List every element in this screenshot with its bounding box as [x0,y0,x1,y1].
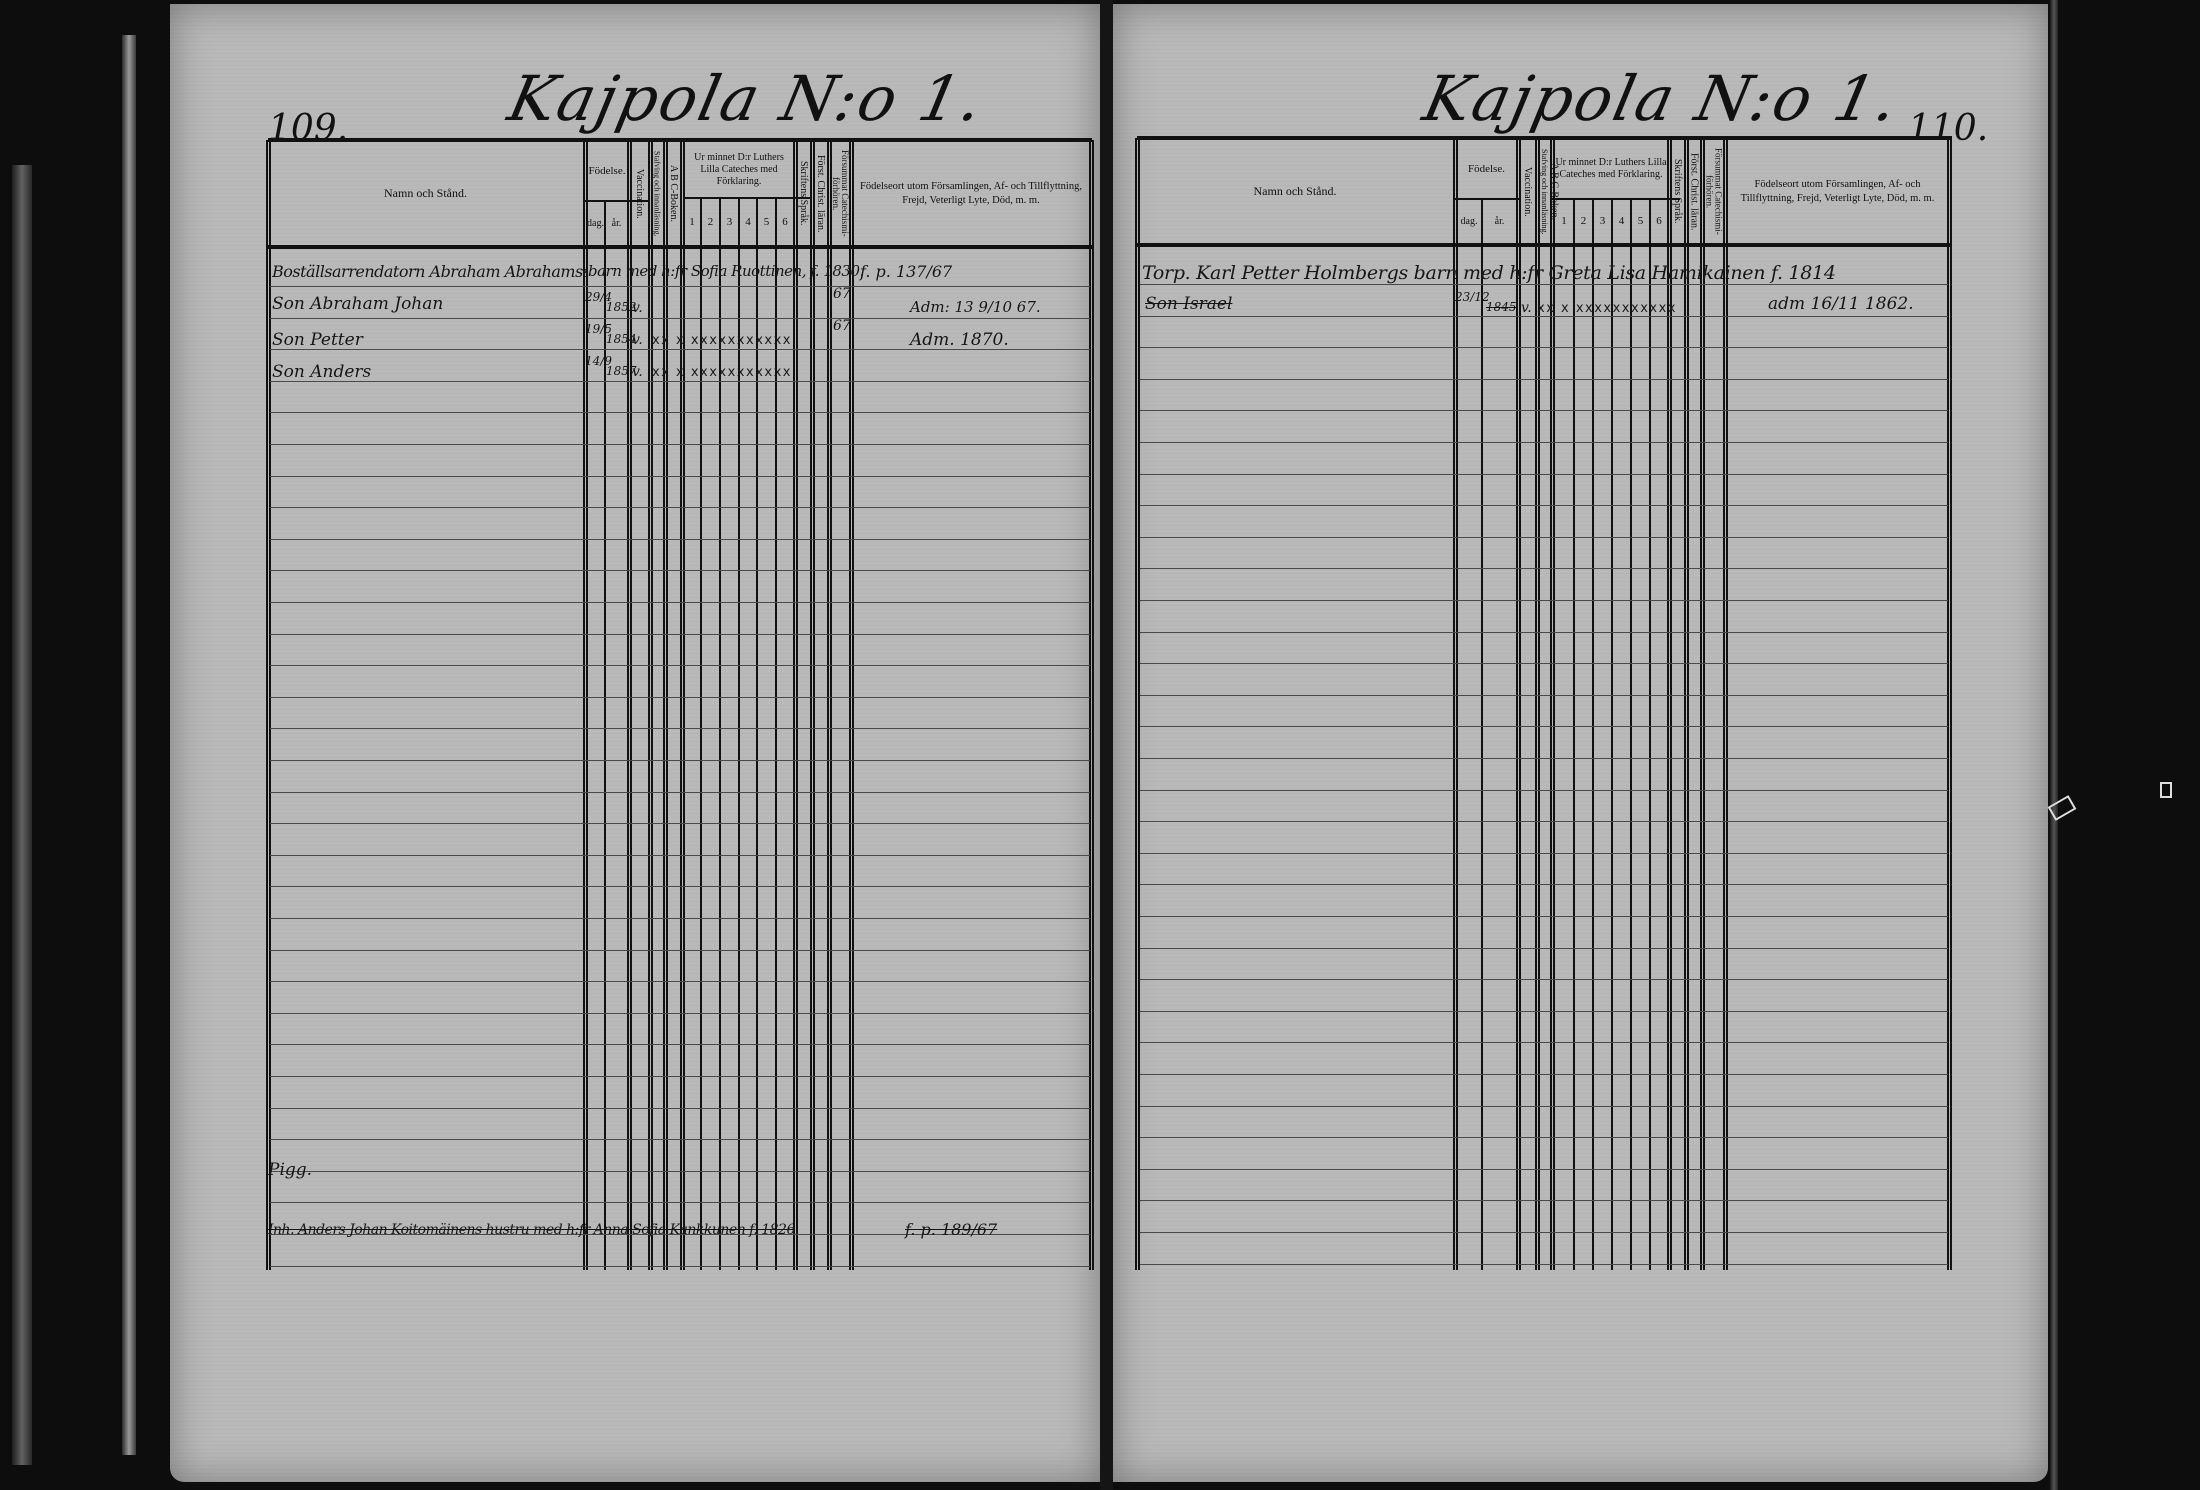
ruled-line [1140,1169,1948,1170]
ruled-line [270,697,1090,698]
ruled-line [1140,568,1948,569]
header-forsummat: Försummat Catechismi-förhören. [1704,140,1723,243]
header-fodelse: Födelse. [587,142,627,200]
ruled-line [1140,758,1948,759]
ruled-line [1140,410,1948,411]
ruled-line [270,1013,1090,1014]
ruled-line [1140,948,1948,949]
entry-extra: 67. [833,286,855,302]
ruled-line [1140,663,1948,664]
entry-name: Son Israel [1145,294,1232,314]
tape-mark [2160,782,2172,798]
header-luther-col-1: 1 [1555,200,1573,243]
header-namn-och-stand: Namn och Stånd. [268,142,583,245]
entry-remark: Adm: 13 9/10 67. [910,298,1041,316]
ruled-line [1140,632,1948,633]
header-skriftens-sprak: Skriftens Språk. [1671,140,1684,243]
ruled-line [270,823,1090,824]
entry-birth-year: 1845 [1486,300,1517,314]
ruled-line [1140,790,1948,791]
book-edge-strip [12,165,32,1465]
entry-remark: adm 16/11 1862. [1768,294,1914,314]
ruled-line [1140,979,1948,980]
ruled-line [1140,379,1948,380]
ruled-line [1140,1232,1948,1233]
footer-entry-remark: f. p. 189/67 [905,1220,997,1239]
ruled-line [1140,347,1948,348]
header-fodelseort: Födelseort utom Församlingen, Af- och Ti… [855,142,1087,245]
header-namn-och-stand: Namn och Stånd. [1137,140,1453,243]
header-luther-col-4: 4 [1613,200,1630,243]
ruled-line [1140,1042,1948,1043]
ruled-line [1140,1011,1948,1012]
ruled-line [1140,726,1948,727]
entry-birth-day: 23/12 [1455,290,1490,304]
header-fodelseort: Födelseort utom Församlingen, Af- och Ti… [1728,140,1947,243]
entry-vaccination: v. [632,332,643,348]
footer-label: Pigg. [268,1160,312,1180]
header-luther-col-6: 6 [1651,200,1667,243]
header-abc-boken: A B C-Boken. [667,142,680,245]
left-page-title: Kajpola N:o 1. [502,62,991,135]
ruled-line [270,1108,1090,1109]
entry-remark: Adm. 1870. [910,330,1009,350]
ruled-line [1140,1074,1948,1075]
ruled-line [270,539,1090,540]
entry-name: Son Abraham Johan [272,294,443,314]
ruled-line [1140,537,1948,538]
ruled-line [270,286,1090,287]
ruled-line [270,476,1090,477]
header-ar: år. [1483,200,1516,243]
ruled-line [270,950,1090,951]
entry-name: Son Anders [272,362,371,382]
header-luther-col-5: 5 [1632,200,1649,243]
ruled-line [1140,316,1948,317]
entry-exam-marks: xx x xxxxxxxxxxx [1537,301,1677,316]
ruled-line [270,886,1090,887]
ruled-line [1140,442,1948,443]
ruled-line [1140,600,1948,601]
header-luther-col-5: 5 [758,199,775,245]
ruled-line [270,507,1090,508]
ruled-line [1140,916,1948,917]
ruled-line [270,981,1090,982]
header-dag: dag. [587,202,604,245]
header-fodelse: Födelse. [1457,140,1516,198]
entry-name: Boställsarrendatorn Abraham Abrahamsson … [272,262,587,281]
ruled-line [1140,1137,1948,1138]
ruled-line [270,1171,1090,1172]
entry-extra: 67. [833,318,855,334]
ruled-line [1140,1264,1948,1265]
header-vaccination: Vaccination. [1520,140,1535,243]
entry-exam-marks: xx x xxxxxxxxxxx [652,333,792,348]
right-page-title: Kajpola N:o 1. [1417,62,1906,135]
header-skriftens-sprak: Skriftens Språk. [797,142,810,245]
header-luther: Ur minnet D:r Luthers Lilla Cateches med… [1555,140,1667,198]
entry-name: Son Petter [272,330,363,350]
header-luther-col-6: 6 [777,199,793,245]
header-luther-col-2: 2 [1575,200,1592,243]
header-vaccination: Vaccination. [631,142,648,245]
ruled-line [270,760,1090,761]
ruled-line [270,1139,1090,1140]
header-luther-col-3: 3 [721,199,738,245]
header-ar: år. [606,202,627,245]
header-stafving: Stafving och innanläsning. [651,142,663,245]
header-forst-christ-laran: Först. Christ. läran. [1688,140,1700,243]
ruled-line [1140,1200,1948,1201]
entry-vaccination: v. [1521,300,1532,316]
ruled-line [270,1044,1090,1045]
ruled-line [1140,505,1948,506]
header-luther-col-3: 3 [1594,200,1611,243]
header-forsummat: Försummat Catechismi-förhören. [831,142,849,245]
header-forst-christ-laran: Först. Christ. läran. [814,142,827,245]
header-luther: Ur minnet D:r Luthers Lilla Cateches med… [684,142,794,197]
book-gutter [1100,0,1113,1490]
entry-exam-marks: xx x xxxxxxxxxxx [652,365,792,380]
ruled-line [270,1076,1090,1077]
header-luther-col-1: 1 [684,199,700,245]
ruled-line [270,855,1090,856]
ruled-line [1140,1106,1948,1107]
entry-remark: f. p. 137/67 [860,262,952,281]
ruled-line [270,665,1090,666]
header-luther-col-2: 2 [702,199,719,245]
ruled-line [270,1266,1090,1267]
ruled-line [270,918,1090,919]
entry-vaccination: v. [632,300,643,316]
entry-name: Torp. Karl Petter Holmbergs barn med h:f… [1142,262,1836,284]
book-edge-strip [2050,0,2058,1490]
ruled-line [1140,884,1948,885]
ruled-line [1140,474,1948,475]
ruled-line [270,444,1090,445]
entry-vaccination: v. [632,364,643,380]
header-dag: dag. [1457,200,1481,243]
ruled-line [270,381,1090,382]
ruled-line [270,570,1090,571]
ruled-line [1140,821,1948,822]
ruled-line [270,634,1090,635]
entry-name-continued: barn med h:fr Sofia Ruottinen, f. 1830. [588,262,864,280]
ruled-line [270,792,1090,793]
ruled-line [1140,695,1948,696]
ruled-line [1140,853,1948,854]
ruled-line [270,318,1090,319]
ruled-line [270,412,1090,413]
ruled-line [270,728,1090,729]
footer-entry-name: Inh. Anders Johan Koitomäinens hustru me… [268,1222,795,1238]
ruled-line [270,1202,1090,1203]
header-luther-col-4: 4 [740,199,756,245]
ruled-line [1140,284,1948,285]
ruled-line [270,602,1090,603]
book-edge-strip [122,35,136,1455]
